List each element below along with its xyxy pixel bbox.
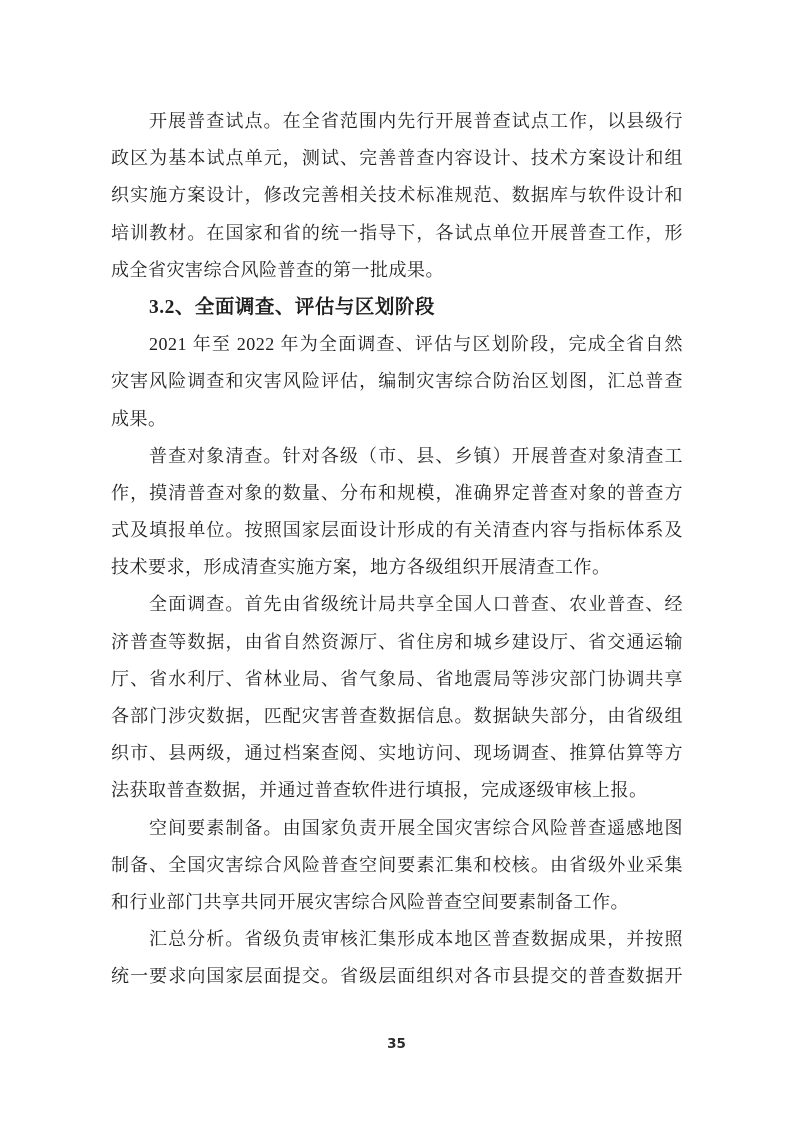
paragraph-line: 灾害风险调查和灾害风险评估，编制灾害综合防治区划图，汇总普查 bbox=[111, 363, 683, 400]
section-heading: 3.2、全面调查、评估与区划阶段 bbox=[111, 289, 683, 326]
paragraph-line: 织市、县两级，通过档案查阅、实地访问、现场调查、推算估算等方 bbox=[111, 735, 683, 772]
paragraph-line: 技术要求，形成清查实施方案，地方各级组织开展清查工作。 bbox=[111, 549, 683, 586]
paragraph-line: 济普查等数据，由省自然资源厅、省住房和城乡建设厅、省交通运输 bbox=[111, 624, 683, 661]
paragraph-line: 法获取普查数据，并通过普查软件进行填报，完成逐级审核上报。 bbox=[111, 772, 683, 809]
paragraph-line: 制备、全国灾害综合风险普查空间要素汇集和校核。由省级外业采集 bbox=[111, 847, 683, 884]
paragraph-line: 厅、省水利厅、省林业局、省气象局、省地震局等涉灾部门协调共享 bbox=[111, 661, 683, 698]
paragraph-line: 成果。 bbox=[111, 401, 683, 438]
paragraph-line: 全面调查。首先由省级统计局共享全国人口普查、农业普查、经 bbox=[111, 586, 683, 623]
paragraph-line: 式及填报单位。按照国家层面设计形成的有关清查内容与指标体系及 bbox=[111, 512, 683, 549]
page-number: 35 bbox=[0, 1036, 793, 1052]
paragraph-line: 2021 年至 2022 年为全面调查、评估与区划阶段，完成全省自然 bbox=[111, 326, 683, 363]
paragraph-line: 空间要素制备。由国家负责开展全国灾害综合风险普查遥感地图 bbox=[111, 810, 683, 847]
paragraph-line: 和行业部门共享共同开展灾害综合风险普查空间要素制备工作。 bbox=[111, 884, 683, 921]
paragraph-line: 政区为基本试点单元，测试、完善普查内容设计、技术方案设计和组 bbox=[111, 140, 683, 177]
paragraph-line: 开展普查试点。在全省范围内先行开展普查试点工作，以县级行 bbox=[111, 103, 683, 140]
paragraph-line: 各部门涉灾数据，匹配灾害普查数据信息。数据缺失部分，由省级组 bbox=[111, 698, 683, 735]
paragraph-line: 普查对象清查。针对各级（市、县、乡镇）开展普查对象清查工 bbox=[111, 438, 683, 475]
paragraph-line: 织实施方案设计，修改完善相关技术标准规范、数据库与软件设计和 bbox=[111, 177, 683, 214]
paragraph-line: 统一要求向国家层面提交。省级层面组织对各市县提交的普查数据开 bbox=[111, 958, 683, 995]
text-block: 开展普查试点。在全省范围内先行开展普查试点工作，以县级行 政区为基本试点单元，测… bbox=[111, 103, 683, 996]
paragraph-line: 成全省灾害综合风险普查的第一批成果。 bbox=[111, 252, 683, 289]
document-page: 开展普查试点。在全省范围内先行开展普查试点工作，以县级行 政区为基本试点单元，测… bbox=[0, 0, 793, 1122]
paragraph-line: 培训教材。在国家和省的统一指导下，各试点单位开展普查工作，形 bbox=[111, 215, 683, 252]
paragraph-line: 作，摸清普查对象的数量、分布和规模，准确界定普查对象的普查方 bbox=[111, 475, 683, 512]
paragraph-line: 汇总分析。省级负责审核汇集形成本地区普查数据成果，并按照 bbox=[111, 921, 683, 958]
